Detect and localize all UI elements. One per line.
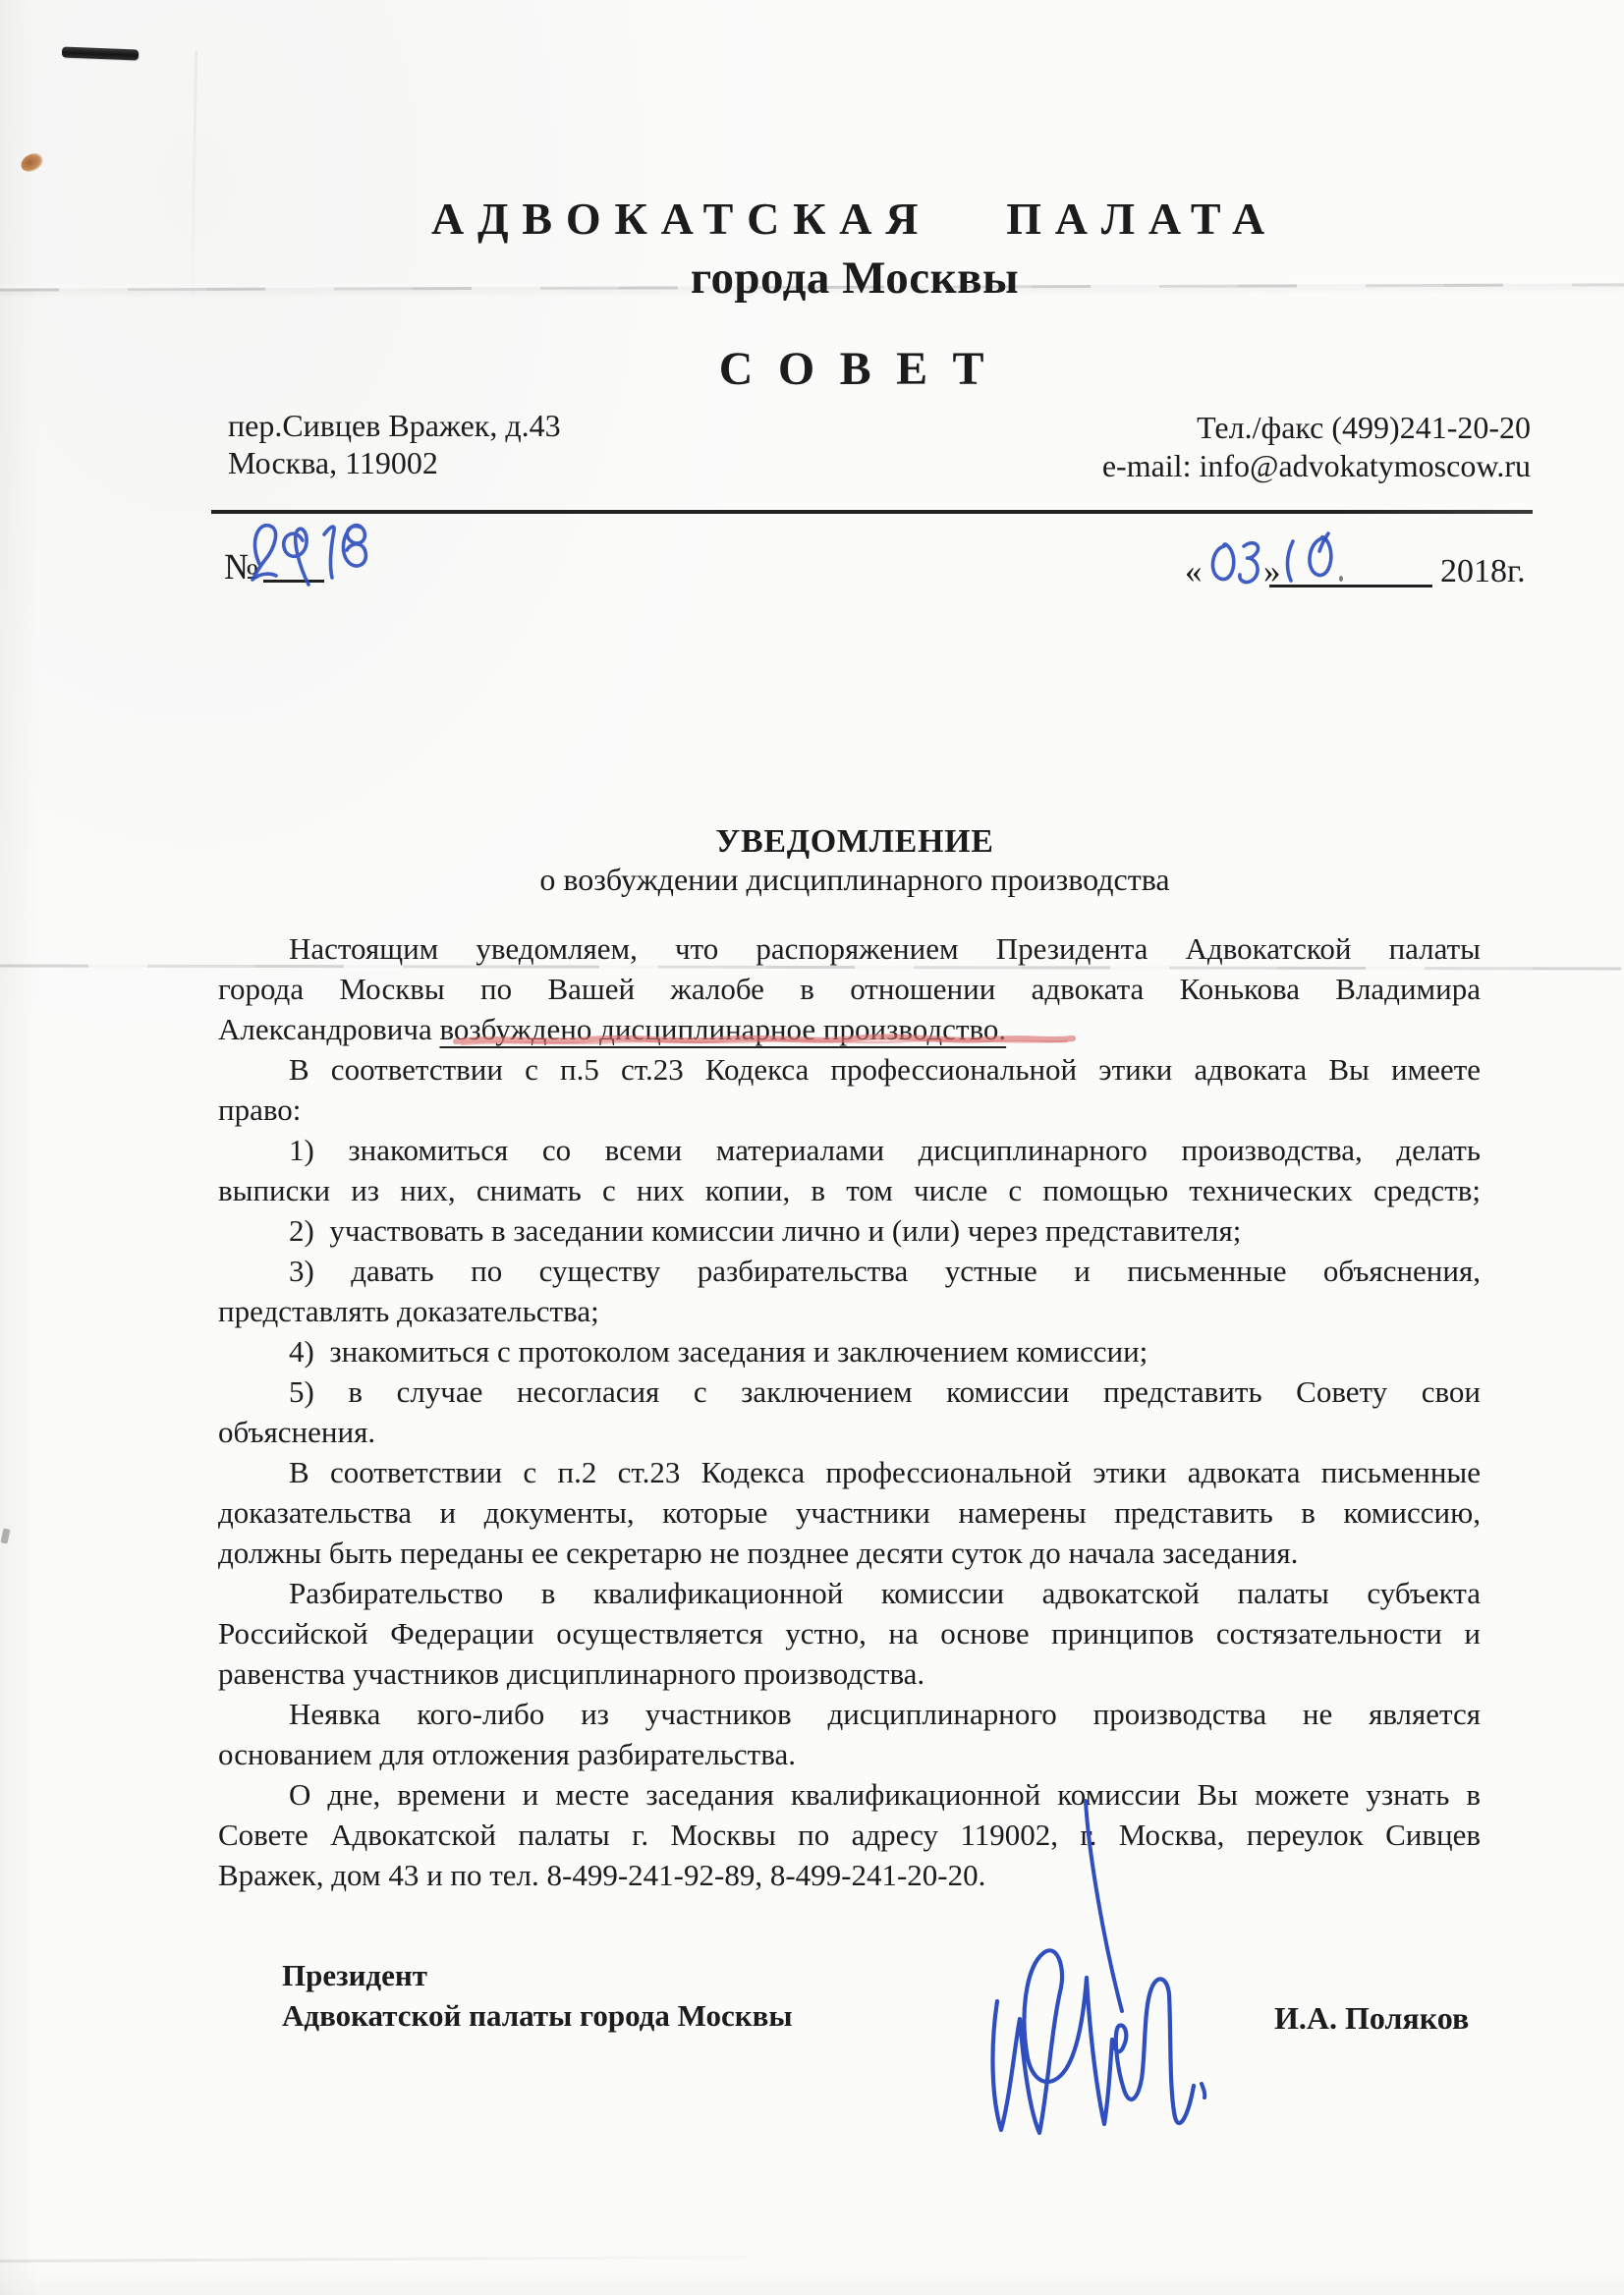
body-line: равенства участников дисциплинарного про… (218, 1653, 1481, 1694)
body-line: 4) знакомиться с протоколом заседания и … (218, 1331, 1481, 1371)
number-label: № (224, 546, 258, 588)
body-line: Совете Адвокатской палаты г. Москвы по а… (218, 1815, 1481, 1855)
phone-fax: Тел./факс (499)241-20-20 (1102, 409, 1531, 447)
body-line: 2) участвовать в заседании комиссии личн… (218, 1210, 1481, 1251)
body-line: города Москвы по Вашей жалобе в отношени… (218, 969, 1481, 1009)
signer-role-line-2: Адвокатской палаты города Москвы (282, 1995, 793, 2036)
date-quote-open: « (1185, 552, 1203, 591)
body-line: представлять доказательства; (218, 1291, 1481, 1331)
body-line: выписки из них, снимать с них копии, в т… (218, 1170, 1481, 1210)
body-line: Разбирательство в квалификационной комис… (218, 1573, 1481, 1613)
body-line: объяснения. (218, 1412, 1481, 1452)
body-line: доказательства и документы, которые учас… (218, 1492, 1481, 1533)
ink-smudge (19, 151, 45, 174)
org-name: АДВОКАТСКАЯ ПАЛАТА (167, 193, 1542, 245)
letter-body: Настоящим уведомляем, что распоряжением … (218, 928, 1481, 1895)
staple-mark (62, 47, 139, 61)
org-council: С О В Е Т (167, 342, 1542, 396)
scanned-letter: АДВОКАТСКАЯ ПАЛАТА города Москвы С О В Е… (0, 0, 1624, 2295)
address-line-2: Москва, 119002 (228, 444, 561, 481)
letterhead-divider (211, 510, 1533, 514)
body-line-marked: Александровича возбуждено дисциплинарное… (218, 1009, 1481, 1049)
org-contacts: Тел./факс (499)241-20-20 e-mail: info@ad… (1102, 409, 1531, 485)
body-line: 5) в случае несогласия с заключением ком… (218, 1371, 1481, 1412)
marked-phrase: возбуждено дисциплинарное производство. (440, 1012, 1007, 1046)
date-underline (1269, 585, 1432, 588)
email: e-mail: info@advokatymoscow.ru (1102, 447, 1531, 485)
date-year: 2018г. (1440, 553, 1526, 590)
body-line: В соответствии с п.5 ст.23 Кодекса профе… (218, 1049, 1481, 1090)
margin-mark (1, 1528, 11, 1543)
body-line: О дне, времени и месте заседания квалифи… (218, 1774, 1481, 1815)
body-line: право: (218, 1090, 1481, 1130)
body-line: основанием для отложения разбирательства… (218, 1734, 1481, 1774)
body-line: Российской Федерации осуществляется устн… (218, 1613, 1481, 1653)
document-title: УВЕДОМЛЕНИЕ (167, 823, 1542, 861)
body-line: В соответствии с п.2 ст.23 Кодекса профе… (218, 1452, 1481, 1492)
number-underline (263, 580, 324, 583)
date-dot (1339, 576, 1343, 582)
fold-crease-bottom (0, 2256, 747, 2263)
body-line: 1) знакомиться со всеми материалами дисц… (218, 1130, 1481, 1170)
body-line: Вражек, дом 43 и по тел. 8-499-241-92-89… (218, 1855, 1481, 1895)
signer-name: И.А. Поляков (1274, 2000, 1469, 2037)
signer-role-line-1: Президент (282, 1955, 793, 1995)
body-line-prefix: Александровича (218, 1012, 440, 1046)
body-line: должны быть переданы ее секретарю не поз… (218, 1533, 1481, 1573)
document-subtitle: о возбуждении дисциплинарного производст… (167, 862, 1542, 898)
address-line-1: пер.Сивцев Вражек, д.43 (228, 407, 561, 444)
signer-role: Президент Адвокатской палаты города Моск… (282, 1955, 793, 2036)
body-line: Настоящим уведомляем, что распоряжением … (218, 928, 1481, 969)
body-line: 3) давать по существу разбирательства ус… (218, 1251, 1481, 1291)
org-address: пер.Сивцев Вражек, д.43 Москва, 119002 (228, 407, 561, 481)
body-line: Неявка кого-либо из участников дисциплин… (218, 1694, 1481, 1734)
org-city: города Москвы (167, 252, 1542, 305)
handwritten-month-ink (1277, 529, 1348, 588)
